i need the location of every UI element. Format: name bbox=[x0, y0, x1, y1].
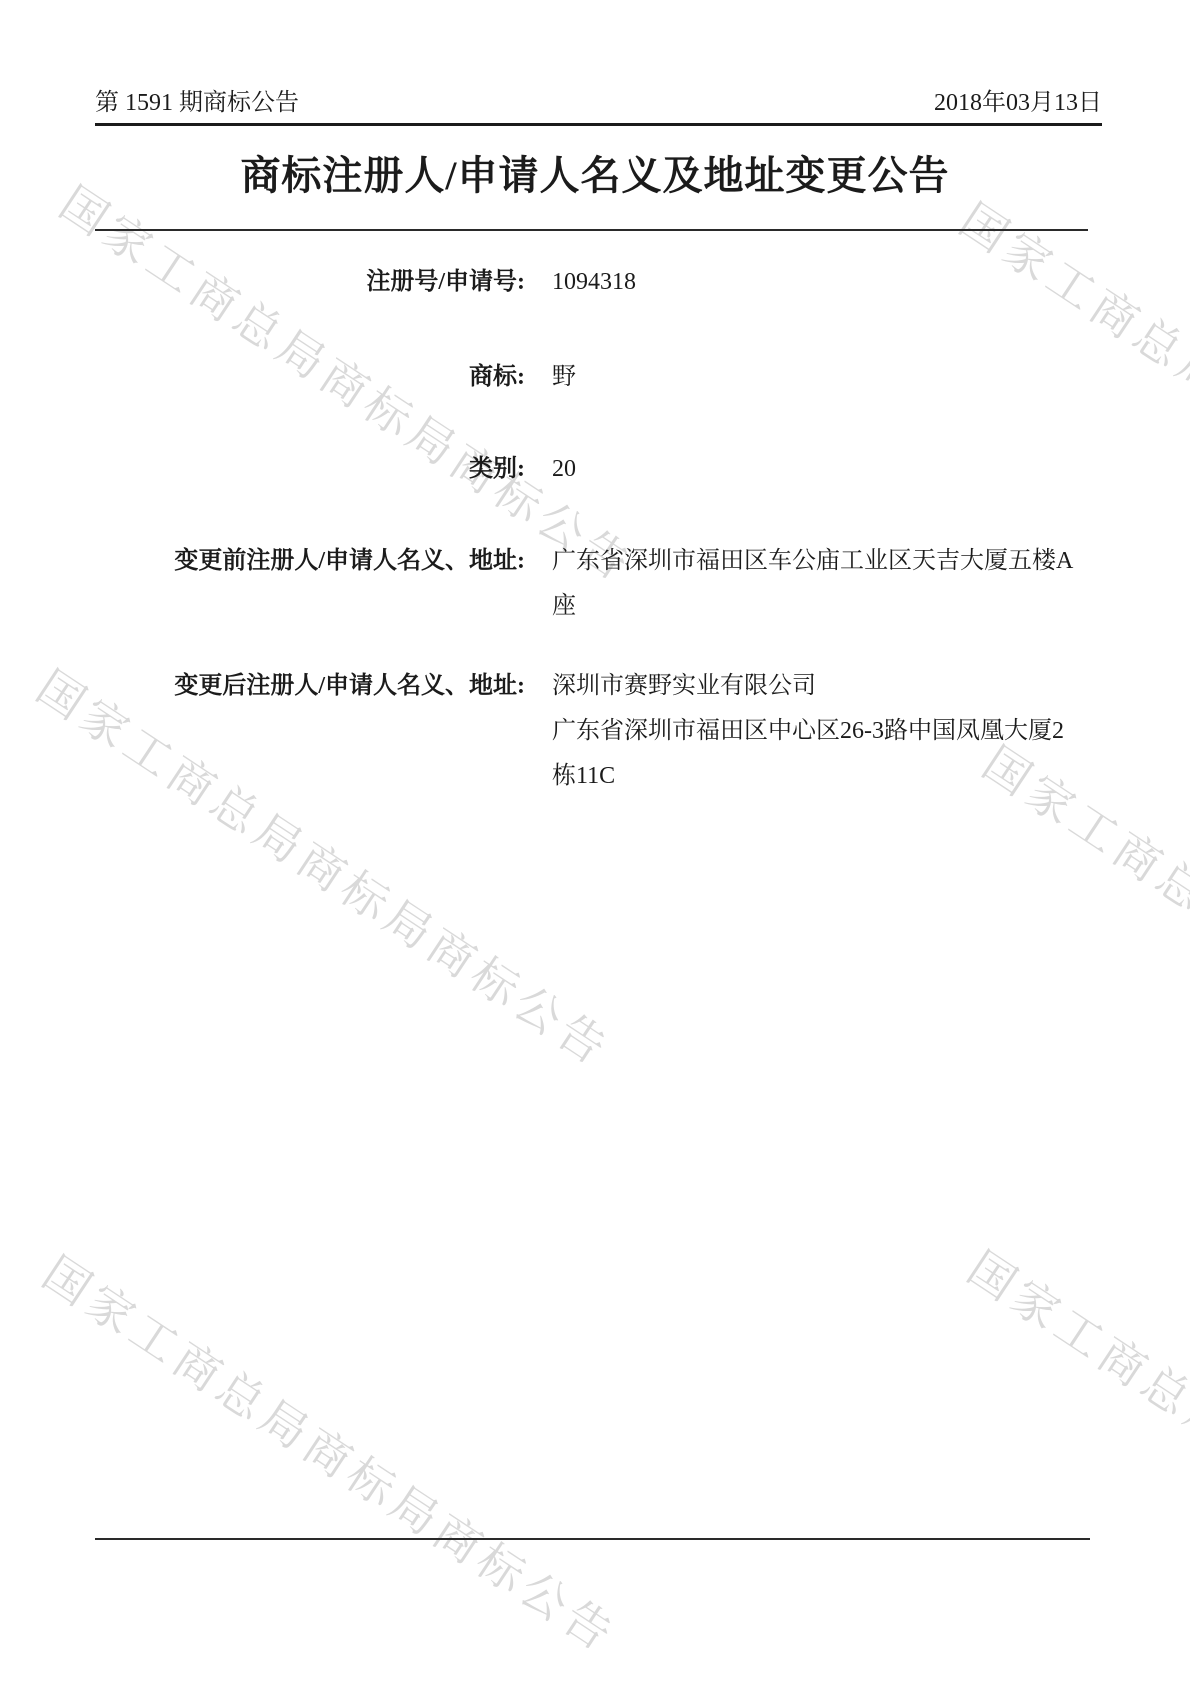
field-value: 广东省深圳市福田区车公庙工业区天吉大厦五楼A座 bbox=[552, 539, 1095, 629]
field-row-after-change: 变更后注册人/申请人名义、地址: 深圳市赛野实业有限公司广东省深圳市福田区中心区… bbox=[95, 664, 1095, 799]
value-line: 广东省深圳市福田区车公庙工业区天吉大厦五楼A bbox=[552, 539, 1095, 584]
value-line: 20 bbox=[552, 447, 1095, 492]
field-label: 注册号/申请号: bbox=[95, 260, 525, 305]
field-row-before-change: 变更前注册人/申请人名义、地址: 广东省深圳市福田区车公庙工业区天吉大厦五楼A座 bbox=[95, 539, 1095, 629]
value-line: 1094318 bbox=[552, 260, 1095, 305]
gazette-issue-label: 第 1591 期商标公告 bbox=[95, 82, 299, 117]
field-label: 类别: bbox=[95, 447, 525, 492]
field-row-registration-number: 注册号/申请号: 1094318 bbox=[95, 260, 1095, 305]
gazette-page: 国家工商总局商标局商标公告 国家工商总局商标局商标公告 国家工商总局商标局商标公… bbox=[0, 0, 1190, 1684]
page-header: 第 1591 期商标公告 2018年03月13日 bbox=[95, 82, 1102, 126]
value-line: 深圳市赛野实业有限公司 bbox=[552, 664, 1095, 709]
title-divider bbox=[95, 229, 1088, 231]
bottom-divider bbox=[95, 1538, 1090, 1540]
page-title: 商标注册人/申请人名义及地址变更公告 bbox=[0, 144, 1190, 201]
field-row-trademark: 商标: 野 bbox=[95, 355, 1095, 400]
gazette-date: 2018年03月13日 bbox=[934, 82, 1102, 117]
watermark-text: 国家工商总局商标局商标公告 bbox=[32, 1238, 632, 1666]
field-row-class: 类别: 20 bbox=[95, 447, 1095, 492]
value-line: 栋11C bbox=[552, 754, 1095, 799]
field-label: 商标: bbox=[95, 355, 525, 400]
value-line: 座 bbox=[552, 584, 1095, 629]
field-list: 注册号/申请号: 1094318 商标: 野 类别: 20 变更前注册人/申请人… bbox=[95, 233, 1095, 799]
field-value: 20 bbox=[552, 447, 1095, 492]
field-value: 野 bbox=[552, 355, 1095, 400]
field-value: 1094318 bbox=[552, 260, 1095, 305]
field-label: 变更前注册人/申请人名义、地址: bbox=[95, 539, 525, 584]
field-value: 深圳市赛野实业有限公司广东省深圳市福田区中心区26-3路中国凤凰大厦2栋11C bbox=[552, 664, 1095, 799]
value-line: 广东省深圳市福田区中心区26-3路中国凤凰大厦2 bbox=[552, 709, 1095, 754]
watermark-text: 国家工商总局商标局商标公告 bbox=[957, 1233, 1190, 1661]
value-line: 野 bbox=[552, 355, 1095, 400]
field-label: 变更后注册人/申请人名义、地址: bbox=[95, 664, 525, 709]
